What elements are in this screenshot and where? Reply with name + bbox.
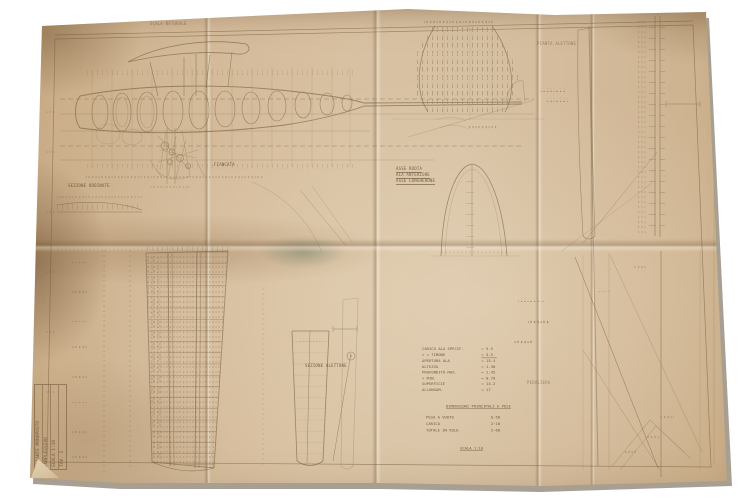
blueprint-paper-sheet: SCALA NATURALE PIANTA ALETTONE FIANCATA … bbox=[0, 0, 750, 500]
photo-stage: SCALA NATURALE PIANTA ALETTONE FIANCATA … bbox=[0, 0, 750, 500]
paper-edge-vignette bbox=[0, 0, 750, 500]
